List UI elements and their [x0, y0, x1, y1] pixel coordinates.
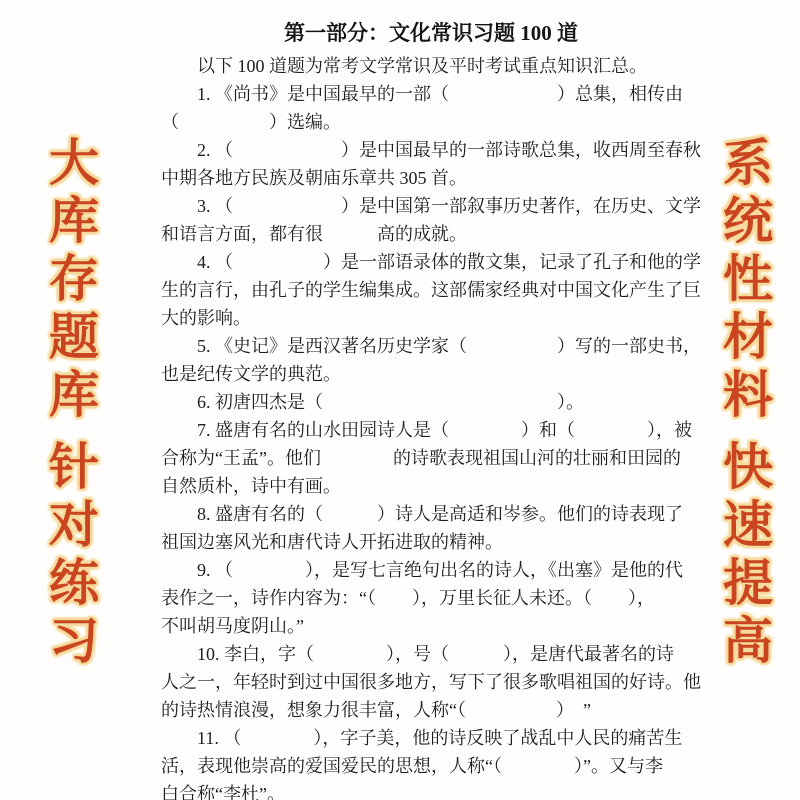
document-page: 第一部分：文化常识习题 100 道 以下 100 道题为常考文学常识及平时考试重…: [0, 0, 800, 800]
document-line: 3. （ ）是中国第一部叙事历史著作，在历史、文学: [161, 192, 701, 220]
document-line: 活，表现他崇高的爱国爱民的思想，人称“（ ）”。又与李: [161, 752, 701, 780]
document-line: 以下 100 道题为常考文学常识及平时考试重点知识汇总。: [161, 52, 701, 80]
document-line: 的诗热情浪漫，想象力很丰富，人称“（ ） ”: [161, 696, 701, 724]
document-line: 中期各地方民族及朝庙乐章共 305 首。: [161, 164, 701, 192]
document-line: 7. 盛唐有名的山水田园诗人是（ ）和（ ），被: [161, 416, 701, 444]
document-body: 以下 100 道题为常考文学常识及平时考试重点知识汇总。 1. 《尚书》是中国最…: [161, 52, 701, 800]
document-line: （ ）选编。: [161, 108, 701, 136]
document-line: 自然质朴，诗中有画。: [161, 472, 701, 500]
document-line: 人之一，年轻时到过中国很多地方，写下了很多歌唱祖国的好诗。他: [161, 668, 701, 696]
promo-text-right-bottom: 快速提高: [716, 440, 772, 672]
document-line: 4. （ ）是一部语录体的散文集，记录了孔子和他的学: [161, 248, 701, 276]
document-line: 10. 李白，字（ ），号（ ），是唐代最著名的诗: [161, 640, 701, 668]
document-line: 生的言行，由孔子的学生编集成。这部儒家经典对中国文化产生了巨: [161, 276, 701, 304]
document-line: 6. 初唐四杰是（ ）。: [161, 388, 701, 416]
document-title: 第一部分：文化常识习题 100 道: [161, 16, 701, 50]
document-line: 2. （ ）是中国最早的一部诗歌总集，收西周至春秋: [161, 136, 701, 164]
document-line: 表作之一，诗作内容为：“（ ），万里长征人未还。（ ），: [161, 584, 701, 612]
document-line: 9. （ ），是写七言绝句出名的诗人，《出塞》是他的代: [161, 556, 701, 584]
document-line: 白合称“李杜”。: [161, 780, 701, 800]
document-line: 也是纪传文学的典范。: [161, 360, 701, 388]
document-line: 和语言方面，都有很 高的成就。: [161, 220, 701, 248]
document-line: 8. 盛唐有名的（ ）诗人是高适和岑参。他们的诗表现了: [161, 500, 701, 528]
document-line: 5. 《史记》是西汉著名历史学家（ ）写的一部史书，: [161, 332, 701, 360]
promo-text-right-top: 系统性材料: [716, 136, 772, 426]
document-content: 第一部分：文化常识习题 100 道 以下 100 道题为常考文学常识及平时考试重…: [161, 16, 701, 800]
document-line: 合称为“王孟”。他们 的诗歌表现祖国山河的壮丽和田园的: [161, 444, 701, 472]
promo-text-left-top: 大库存题库: [42, 136, 98, 426]
document-line: 1. 《尚书》是中国最早的一部（ ）总集，相传由: [161, 80, 701, 108]
document-line: 大的影响。: [161, 304, 701, 332]
document-line: 不叫胡马度阴山。”: [161, 612, 701, 640]
document-line: 11. （ ），字子美，他的诗反映了战乱中人民的痛苦生: [161, 724, 701, 752]
document-line: 祖国边塞风光和唐代诗人开拓进取的精神。: [161, 528, 701, 556]
promo-text-left-bottom: 针对练习: [42, 440, 98, 672]
